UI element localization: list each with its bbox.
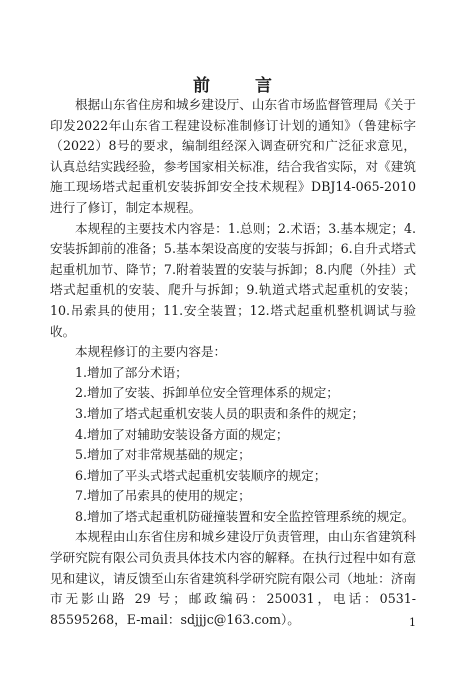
revision-item: 4.增加了对辅助安装设备方面的规定； (50, 425, 416, 446)
revision-heading: 本规程修订的主要内容是： (50, 342, 416, 363)
revision-item: 3.增加了塔式起重机安装人员的职责和条件的规定； (50, 404, 416, 425)
document-page: 前 言 根据山东省住房和城乡建设厅、山东省市场监督管理局《关于印发2022年山东… (0, 0, 465, 675)
document-body: 根据山东省住房和城乡建设厅、山东省市场监督管理局《关于印发2022年山东省工程建… (50, 95, 416, 630)
intro-paragraph: 根据山东省住房和城乡建设厅、山东省市场监督管理局《关于印发2022年山东省工程建… (50, 95, 416, 219)
revision-item-last: 8.增加了塔式起重机防碰撞装置和安全监控管理系统的规定。 (50, 507, 416, 528)
revision-item: 2.增加了安装、拆卸单位安全管理体系的规定； (50, 383, 416, 404)
page-number: 1 (409, 616, 416, 629)
revision-item: 1.增加了部分术语； (50, 363, 416, 384)
page-title: 前 言 (0, 71, 465, 96)
revision-item: 5.增加了对非常规基础的规定； (50, 445, 416, 466)
closing-paragraph: 本规程由山东省住房和城乡建设厅负责管理，由山东省建筑科学研究院有限公司负责具体技… (50, 527, 416, 630)
technical-content-paragraph: 本规程的主要技术内容是：1.总则；2.术语；3.基本规定；4.安装拆卸前的准备；… (50, 219, 416, 343)
revision-item: 6.增加了平头式塔式起重机安装顺序的规定； (50, 466, 416, 487)
revision-item: 7.增加了吊索具的使用的规定； (50, 486, 416, 507)
